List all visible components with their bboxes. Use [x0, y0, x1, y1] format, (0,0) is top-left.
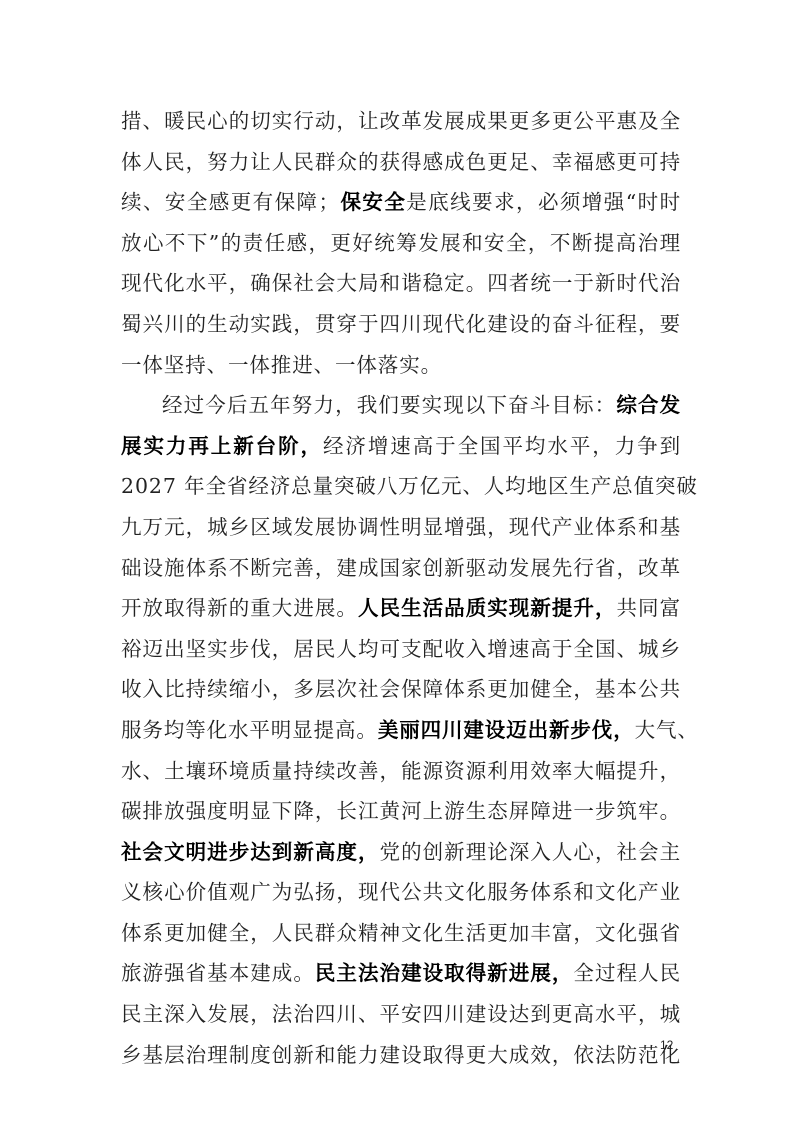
body-text: 措、暖民心的切实行动，让改革发展成果更多更公平惠及全体人民，努力让人民群众的获得… [121, 101, 681, 1075]
text-segment: 九万元，城乡区域发展协调性明显增强，现代产业体系和基 [121, 515, 681, 539]
text-segment: 大气、 [635, 718, 699, 742]
text-line: 服务均等化水平明显提高。美丽四川建设迈出新步伐，大气、 [121, 710, 681, 751]
text-segment: 共同富 [617, 596, 682, 620]
bold-heading-phrase: 民主法治建设取得新进展， [315, 961, 574, 985]
text-segment: 础设施体系不断完善，建成国家创新驱动发展先行省，改革 [121, 556, 681, 580]
text-segment: 服务均等化水平明显提高。 [121, 718, 378, 742]
bold-heading-phrase: 综合发 [616, 393, 681, 417]
text-segment: 乡基层治理制度创新和能力建设取得更大成效，依法防范化 [121, 1043, 681, 1067]
page-number: 12 [660, 1038, 673, 1052]
text-segment: 是底线要求，必须增强“时时 [406, 190, 681, 214]
text-line: 社会文明进步达到新高度，党的创新理论深入人心，社会主 [121, 832, 681, 873]
text-line: 续、安全感更有保障；保安全是底线要求，必须增强“时时 [121, 182, 681, 223]
text-segment: 体系更加健全，人民群众精神文化生活更加丰富，文化强省 [121, 921, 681, 945]
text-line: 现代化水平，确保社会大局和谐稳定。四者统一于新时代治 [121, 263, 681, 304]
text-segment: 措、暖民心的切实行动，让改革发展成果更多更公平惠及全 [121, 109, 681, 133]
text-line: 础设施体系不断完善，建成国家创新驱动发展先行省，改革 [121, 548, 681, 589]
text-segment: 体人民，努力让人民群众的获得感成色更足、幸福感更可持 [121, 150, 681, 174]
text-line: 2027 年全省经济总量突破八万亿元、人均地区生产总值突破 [121, 466, 681, 507]
text-segment: 2027 年全省经济总量突破八万亿元、人均地区生产总值突破 [121, 474, 698, 498]
text-line: 裕迈出坚实步伐，居民人均可支配收入增速高于全国、城乡 [121, 629, 681, 670]
text-line: 九万元，城乡区域发展协调性明显增强，现代产业体系和基 [121, 507, 681, 548]
document-page: 措、暖民心的切实行动，让改革发展成果更多更公平惠及全体人民，努力让人民群众的获得… [0, 0, 793, 1122]
text-segment: 经过今后五年努力，我们要实现以下奋斗目标： [162, 393, 616, 417]
bold-heading-phrase: 美丽四川建设迈出新步伐， [378, 718, 635, 742]
text-segment: 碳排放强度明显下降，长江黄河上游生态屏障进一步筑牢。 [121, 799, 681, 823]
bold-heading-phrase: 展实力再上新台阶， [121, 434, 323, 458]
text-line: 开放取得新的重大进展。人民生活品质实现新提升，共同富 [121, 588, 681, 629]
bold-heading-phrase: 社会文明进步达到新高度， [121, 840, 380, 864]
text-line: 一体坚持、一体推进、一体落实。 [121, 345, 681, 386]
text-segment: 义核心价值观广为弘扬，现代公共文化服务体系和文化产业 [121, 880, 681, 904]
text-segment: 一体坚持、一体推进、一体落实。 [121, 353, 442, 377]
text-segment: 旅游强省基本建成。 [121, 961, 315, 985]
text-line: 义核心价值观广为弘扬，现代公共文化服务体系和文化产业 [121, 872, 681, 913]
text-line: 收入比持续缩小，多层次社会保障体系更加健全，基本公共 [121, 669, 681, 710]
text-line: 乡基层治理制度创新和能力建设取得更大成效，依法防范化 [121, 1035, 681, 1076]
text-line: 旅游强省基本建成。民主法治建设取得新进展，全过程人民 [121, 953, 681, 994]
text-line: 民主深入发展，法治四川、平安四川建设达到更高水平，城 [121, 994, 681, 1035]
text-line: 碳排放强度明显下降，长江黄河上游生态屏障进一步筑牢。 [121, 791, 681, 832]
text-line: 措、暖民心的切实行动，让改革发展成果更多更公平惠及全 [121, 101, 681, 142]
text-line: 体系更加健全，人民群众精神文化生活更加丰富，文化强省 [121, 913, 681, 954]
text-segment: 收入比持续缩小，多层次社会保障体系更加健全，基本公共 [121, 677, 681, 701]
text-line: 经过今后五年努力，我们要实现以下奋斗目标：综合发 [121, 385, 681, 426]
text-line: 展实力再上新台阶，经济增速高于全国平均水平，力争到 [121, 426, 681, 467]
text-line: 放心不下”的责任感，更好统筹发展和安全，不断提高治理 [121, 223, 681, 264]
text-line: 水、土壤环境质量持续改善，能源资源利用效率大幅提升， [121, 751, 681, 792]
bold-heading-phrase: 人民生活品质实现新提升， [358, 596, 617, 620]
text-segment: 续、安全感更有保障； [121, 190, 340, 214]
text-segment: 经济增速高于全国平均水平，力争到 [323, 434, 681, 458]
text-segment: 放心不下”的责任感，更好统筹发展和安全，不断提高治理 [121, 231, 681, 255]
text-segment: 民主深入发展，法治四川、平安四川建设达到更高水平，城 [121, 1002, 681, 1026]
text-line: 蜀兴川的生动实践，贯穿于四川现代化建设的奋斗征程，要 [121, 304, 681, 345]
text-segment: 开放取得新的重大进展。 [121, 596, 358, 620]
text-line: 体人民，努力让人民群众的获得感成色更足、幸福感更可持 [121, 142, 681, 183]
text-segment: 党的创新理论深入人心，社会主 [380, 840, 681, 864]
text-segment: 全过程人民 [573, 961, 681, 985]
text-segment: 现代化水平，确保社会大局和谐稳定。四者统一于新时代治 [121, 271, 681, 295]
text-segment: 蜀兴川的生动实践，贯穿于四川现代化建设的奋斗征程，要 [121, 312, 681, 336]
text-segment: 水、土壤环境质量持续改善，能源资源利用效率大幅提升， [121, 759, 681, 783]
text-segment: 裕迈出坚实步伐，居民人均可支配收入增速高于全国、城乡 [121, 637, 681, 661]
bold-heading-phrase: 保安全 [340, 190, 406, 214]
